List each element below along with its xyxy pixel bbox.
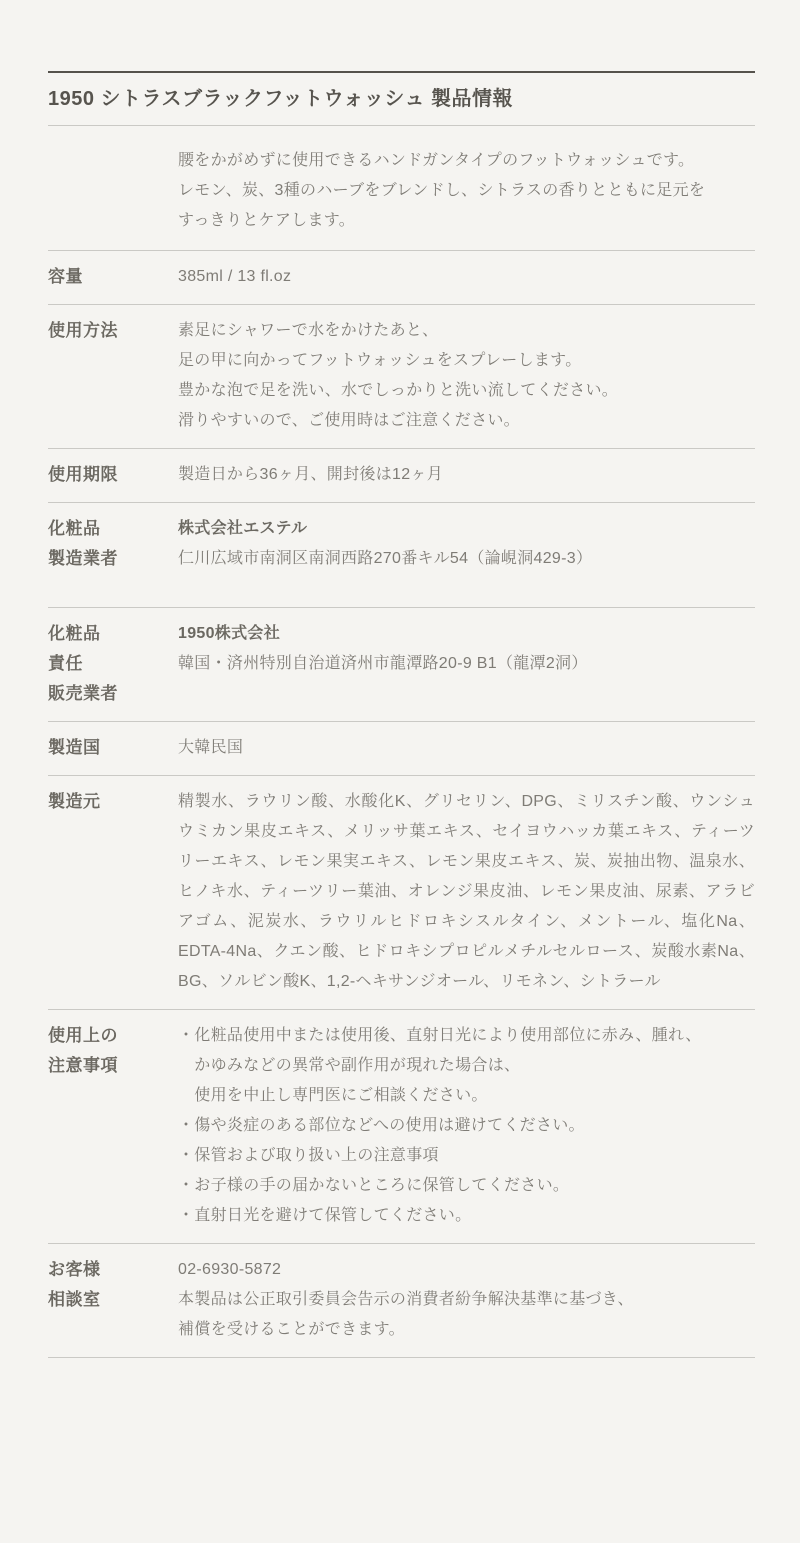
product-info-sheet: 1950 シトラスブラックフットウォッシュ 製品情報 腰をかがめずに使用できるハ… (48, 71, 755, 1358)
row-line-precautions-4: ・保管および取り扱い上の注意事項 (178, 1141, 755, 1171)
row-label-manufacturer: 化粧品 製造業者 (48, 514, 178, 574)
page-title: 1950 シトラスブラックフットウォッシュ 製品情報 (48, 71, 755, 125)
row-line-precautions-1: かゆみなどの異常や副作用が現れた場合は、 (178, 1051, 755, 1081)
row-paragraph-ingredients: 精製水、ラウリン酸、水酸化K、グリセリン、DPG、ミリスチン酸、ウンシュウミカン… (178, 787, 755, 997)
row-value-expiry: 製造日から36ヶ月、開封後は12ヶ月 (178, 460, 755, 490)
row-line-country-0: 大韓民国 (178, 733, 755, 763)
row-label-usage: 使用方法 (48, 316, 178, 436)
product-description-row: 腰をかがめずに使用できるハンドガンタイプのフットウォッシュです。 レモン、炭、3… (48, 125, 755, 250)
row-label-volume: 容量 (48, 262, 178, 292)
row-label-ingredients: 製造元 (48, 787, 178, 997)
row-value-customer-service: 02-6930-5872本製品は公正取引委員会告示の消費者紛争解決基準に基づき、… (178, 1255, 755, 1345)
row-label-country: 製造国 (48, 733, 178, 763)
row-line-precautions-5: ・お子様の手の届かないところに保管してください。 (178, 1171, 755, 1201)
row-value-ingredients: 精製水、ラウリン酸、水酸化K、グリセリン、DPG、ミリスチン酸、ウンシュウミカン… (178, 787, 755, 997)
row-label-customer-service: お客様 相談室 (48, 1255, 178, 1345)
row-line-volume-0: 385ml / 13 fl.oz (178, 262, 755, 292)
row-line-precautions-0: ・化粧品使用中または使用後、直射日光により使用部位に赤み、腫れ、 (178, 1021, 755, 1051)
row-value-volume: 385ml / 13 fl.oz (178, 262, 755, 292)
row-volume: 容量385ml / 13 fl.oz (48, 250, 755, 304)
product-description: 腰をかがめずに使用できるハンドガンタイプのフットウォッシュです。 レモン、炭、3… (178, 146, 705, 236)
row-value-usage: 素足にシャワーで水をかけたあと、足の甲に向かってフットウォッシュをスプレーします… (178, 316, 755, 436)
row-line-usage-0: 素足にシャワーで水をかけたあと、 (178, 316, 755, 346)
row-line-expiry-0: 製造日から36ヶ月、開封後は12ヶ月 (178, 460, 755, 490)
row-line-seller-0: 1950株式会社 (178, 619, 755, 649)
row-label-expiry: 使用期限 (48, 460, 178, 490)
row-line-customer-service-2: 補償を受けることができます。 (178, 1315, 755, 1345)
row-line-customer-service-0: 02-6930-5872 (178, 1255, 755, 1285)
row-line-precautions-6: ・直射日光を避けて保管してください。 (178, 1201, 755, 1231)
row-precautions: 使用上の 注意事項・化粧品使用中または使用後、直射日光により使用部位に赤み、腫れ… (48, 1009, 755, 1243)
row-customer-service: お客様 相談室02-6930-5872本製品は公正取引委員会告示の消費者紛争解決… (48, 1243, 755, 1357)
row-ingredients: 製造元精製水、ラウリン酸、水酸化K、グリセリン、DPG、ミリスチン酸、ウンシュウ… (48, 775, 755, 1009)
description-label-spacer (48, 146, 178, 236)
row-label-precautions: 使用上の 注意事項 (48, 1021, 178, 1231)
row-line-seller-1: 韓国・済州特別自治道済州市龍潭路20-9 B1（龍潭2洞） (178, 649, 755, 679)
row-country: 製造国大韓民国 (48, 721, 755, 775)
row-value-manufacturer: 株式会社エステル仁川広域市南洞区南洞西路270番キル54（論峴洞429-3） (178, 514, 755, 574)
row-value-precautions: ・化粧品使用中または使用後、直射日光により使用部位に赤み、腫れ、 かゆみなどの異… (178, 1021, 755, 1231)
row-usage: 使用方法素足にシャワーで水をかけたあと、足の甲に向かってフットウォッシュをスプレ… (48, 304, 755, 448)
row-line-usage-2: 豊かな泡で足を洗い、水でしっかりと洗い流してください。 (178, 376, 755, 406)
row-manufacturer: 化粧品 製造業者株式会社エステル仁川広域市南洞区南洞西路270番キル54（論峴洞… (48, 502, 755, 607)
row-expiry: 使用期限製造日から36ヶ月、開封後は12ヶ月 (48, 448, 755, 502)
row-line-usage-1: 足の甲に向かってフットウォッシュをスプレーします。 (178, 346, 755, 376)
row-line-manufacturer-0: 株式会社エステル (178, 514, 755, 544)
row-line-usage-3: 滑りやすいので、ご使用時はご注意ください。 (178, 406, 755, 436)
row-seller: 化粧品 責任 販売業者1950株式会社韓国・済州特別自治道済州市龍潭路20-9 … (48, 607, 755, 721)
row-value-seller: 1950株式会社韓国・済州特別自治道済州市龍潭路20-9 B1（龍潭2洞） (178, 619, 755, 709)
row-value-country: 大韓民国 (178, 733, 755, 763)
row-label-seller: 化粧品 責任 販売業者 (48, 619, 178, 709)
row-line-precautions-3: ・傷や炎症のある部位などへの使用は避けてください。 (178, 1111, 755, 1141)
row-line-manufacturer-1: 仁川広域市南洞区南洞西路270番キル54（論峴洞429-3） (178, 544, 755, 574)
row-line-customer-service-1: 本製品は公正取引委員会告示の消費者紛争解決基準に基づき、 (178, 1285, 755, 1315)
row-line-precautions-2: 使用を中止し専門医にご相談ください。 (178, 1081, 755, 1111)
product-spec-table: 容量385ml / 13 fl.oz使用方法素足にシャワーで水をかけたあと、足の… (48, 250, 755, 1358)
